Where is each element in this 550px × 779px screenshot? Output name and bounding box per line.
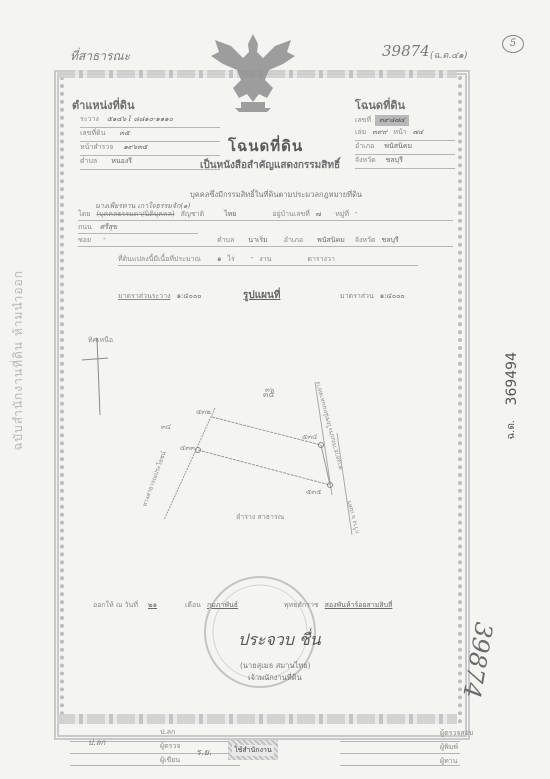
field-value: ๕๑๔๖ I ๘๘๑๐-๑๑๑๐	[107, 114, 173, 127]
plan-scale-value: ๑:๔๐๐๐	[380, 291, 405, 302]
field-label: จังหวัด	[355, 155, 376, 168]
survey-marker: ๕๓๕	[306, 487, 321, 498]
deed-row-province: จังหวัด ชลบุรี	[355, 155, 455, 169]
field-value: -	[355, 209, 358, 220]
field-label: ตำบล	[80, 156, 97, 169]
field-value: ชลบุรี	[386, 155, 403, 168]
left-margin-text: ฉบับสำนักงานที่ดิน ห้ามนำออก	[8, 270, 27, 451]
field-value: ๓๕	[119, 128, 129, 141]
field-value: พนัสนิคม	[384, 141, 412, 154]
deed-row-volume: เล่ม ๓๙๙ หน้า ๗๔	[355, 127, 455, 141]
field-value: ชลบุรี	[382, 235, 399, 246]
field-value: ๑๙๖๓๕	[123, 142, 147, 155]
field-label: โดย	[78, 209, 90, 220]
footer-left: ป.ลก	[70, 730, 240, 766]
deed-number-highlighted: ๓๙๘๗๔	[375, 115, 409, 126]
survey-row-survey-page: หน้าสำรวจ ๑๙๖๓๕	[80, 142, 220, 156]
north-label: ทิศเหนือ	[88, 335, 113, 346]
owner-heading: บุคคลซึ่งมีกรรมสิทธิ์ในที่ดินตามประมวลกฎ…	[190, 189, 362, 201]
issue-year: สองพันห้าร้อยสามสิบสี่	[325, 600, 393, 611]
plan-scale: มาตราส่วน ๑:๔๐๐๐	[340, 291, 405, 302]
map-scale: มาตราส่วนระวาง ๑:๔๐๐๐	[118, 291, 202, 302]
field-label: จังหวัด	[355, 235, 376, 246]
field-label: สัญชาติ	[181, 209, 204, 220]
survey-fields: ระวาง ๕๑๔๖ I ๘๘๑๐-๑๑๑๐ เลขที่ดิน ๓๕ หน้า…	[80, 114, 220, 170]
field-label: หมู่ที่	[335, 209, 349, 220]
field-label: เลขที่	[355, 115, 371, 126]
plan-heading: รูปแผนที่	[243, 288, 280, 303]
neighbor-label: ๓๖	[265, 385, 274, 396]
footer-handwritten: ร.ย.	[196, 745, 212, 759]
survey-row-tambon: ตำบล หนองรี	[80, 156, 220, 170]
field-value: ไทย	[224, 209, 236, 220]
field-label: อำเภอ	[355, 141, 374, 154]
area-rai-value: ๑	[217, 254, 221, 265]
issue-month-label: เดือน	[185, 600, 201, 611]
area-wa-label: ตารางวา	[307, 254, 334, 265]
field-label: ระวาง	[80, 114, 99, 127]
field-value: -	[103, 235, 183, 246]
field-value: ๓๙๙	[372, 127, 387, 140]
footer-stamp: ใช้สำนักงาน	[228, 740, 278, 760]
issue-day: ๒๑	[148, 600, 157, 611]
owner-address-line: ซอย - ตำบล นาเริ่ม อำเภอ พนัสนิคม จังหวั…	[78, 235, 453, 247]
field-value: (บุคคลธรรมดา/นิติบุคคล)	[96, 209, 174, 220]
area-ngan-label: งาน	[259, 254, 271, 265]
map-scale-label: มาตราส่วนระวาง	[118, 291, 171, 302]
area-line: ที่ดินแปลงนี้มีเนื้อที่ประมาณ ๑ ไร่ - งา…	[118, 254, 418, 266]
footer-left-labels: ป.ลก ผู้ตรวจ ผู้เขียน	[160, 727, 180, 766]
field-label: อำเภอ	[284, 235, 303, 246]
officer-title: เจ้าพนักงานที่ดิน	[248, 672, 302, 684]
area-ngan-value: -	[251, 254, 254, 265]
plan-scale-label: มาตราส่วน	[340, 291, 374, 302]
map-scale-value: ๑:๔๐๐๐	[177, 291, 202, 302]
document-subtitle: เป็นหนังสือสำคัญแสดงกรรมสิทธิ์	[200, 158, 340, 173]
neighbor-label: ๓๔	[161, 422, 171, 433]
serial-label: ฉ.ด.	[504, 420, 519, 440]
document-title: โฉนดที่ดิน	[228, 134, 303, 158]
footer-right-labels: ผู้ตรวจสอบ ผู้พิมพ์ ผู้ทาน	[440, 728, 473, 767]
survey-marker: ๕๓๓	[180, 443, 195, 454]
survey-row-sheet: ระวาง ๕๑๔๖ I ๘๘๑๐-๑๑๑๐	[80, 114, 220, 128]
circled-mark: 5	[502, 35, 524, 53]
deed-row-amphoe: อำเภอ พนัสนิคม	[355, 141, 455, 155]
field-value: พนัสนิคม	[317, 235, 345, 246]
deed-fields: เลขที่ ๓๙๘๗๔ เล่ม ๓๙๙ หน้า ๗๔ อำเภอ พนัส…	[355, 113, 455, 169]
garuda-emblem-icon	[205, 28, 301, 114]
officer-name: (นายสุเมธ สมานไทย)	[240, 660, 311, 672]
south-label: ลำราง สาธารณ	[236, 512, 284, 523]
decorative-band-bottom	[57, 714, 457, 724]
field-label: อยู่บ้านเลขที่	[272, 209, 310, 220]
field-label: เลขที่ดิน	[80, 128, 105, 141]
survey-row-parcel-no: เลขที่ดิน ๓๕	[80, 128, 220, 142]
owner-line-1: โดย (บุคคลธรรมดา/นิติบุคคล) สัญชาติ ไทย …	[78, 209, 453, 221]
field-label: ซอย	[78, 235, 91, 246]
survey-marker: ๕๓๒	[196, 407, 211, 418]
field-value: ศรีสุข	[100, 222, 117, 233]
issue-date-label: ออกให้ ณ วันที่	[93, 600, 138, 611]
handwritten-top-left: ที่สาธารณะ	[70, 47, 130, 66]
survey-heading: ตำแหน่งที่ดิน	[72, 96, 134, 114]
field-label: ตำบล	[217, 235, 234, 246]
issue-date-line: ออกให้ ณ วันที่ ๒๑ เดือน กุมภาพันธ์ พุทธ…	[93, 600, 392, 611]
field-value: ๗๔	[413, 127, 424, 140]
area-label: ที่ดินแปลงนี้มีเนื้อที่ประมาณ	[118, 254, 201, 265]
handwritten-deed-number: 39874	[382, 42, 430, 60]
deed-row-number: เลขที่ ๓๙๘๗๔	[355, 113, 455, 127]
survey-marker: ๕๓๔	[302, 432, 317, 443]
footer-row	[70, 754, 240, 766]
field-label: ถนน	[78, 222, 92, 233]
issue-year-label: พุทธศักราช	[284, 600, 319, 611]
handwritten-deed-note: (ฉ.ด.๔๑)	[430, 48, 467, 62]
field-value: นาเริ่ม	[248, 235, 267, 246]
field-label: หน้า	[393, 127, 406, 140]
officer-signature: ประจวบ ชื่น	[238, 628, 321, 653]
area-rai-label: ไร่	[227, 254, 234, 265]
footer-row: ป.ลก	[70, 730, 240, 742]
owner-road: ถนน ศรีสุข	[78, 222, 198, 234]
issue-month: กุมภาพันธ์	[207, 600, 238, 611]
deed-heading: โฉนดที่ดิน	[355, 96, 405, 114]
field-value: ๗	[316, 209, 321, 220]
field-label: เล่ม	[355, 127, 366, 140]
serial-number: 369494	[504, 352, 520, 405]
field-value: หนองรี	[111, 156, 132, 169]
field-label: หน้าสำรวจ	[80, 142, 113, 155]
